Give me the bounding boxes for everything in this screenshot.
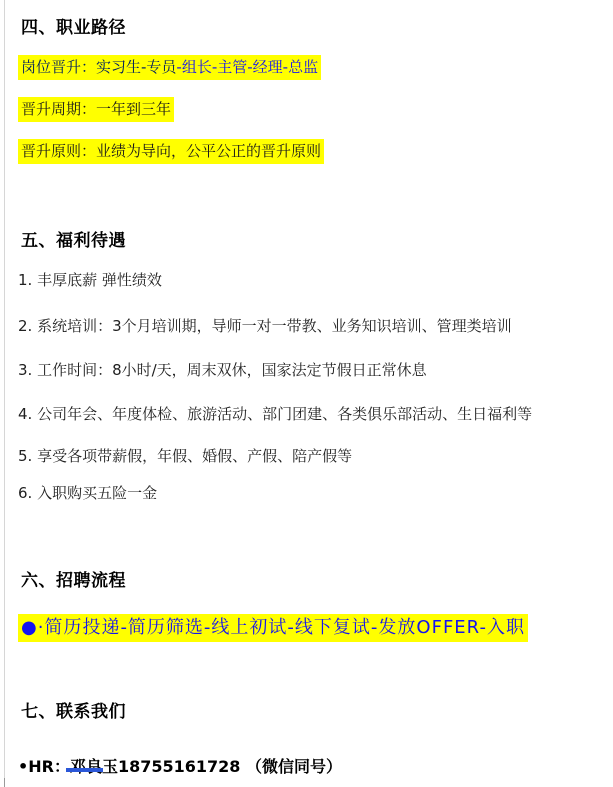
promotion-path-suffix: -组长-主管-经理-总监 (176, 58, 318, 76)
section-heading-benefits: 五、福利待遇 (21, 226, 126, 251)
promotion-cycle-line: 晋升周期：一年到三年 (18, 97, 174, 122)
hr-name-underline-mark (66, 768, 103, 772)
bullet-dot-icon: ● (21, 617, 38, 638)
benefit-item-1: 1. 丰厚底薪 弹性绩效 (18, 271, 162, 291)
benefit-item-4: 4. 公司年会、年度体检、旅游活动、部门团建、各类俱乐部活动、生日福利等 (18, 405, 532, 425)
promotion-path-prefix: 岗位晋升：实习生-专员 (21, 58, 176, 76)
promotion-principle-line: 晋升原则：业绩为导向，公平公正的晋升原则 (18, 139, 324, 164)
recruitment-process-line: ●·简历投递-简历筛选-线上初试-线下复试-发放OFFER-入职 (18, 614, 528, 642)
hr-contact-text: HR：邓良玉18755161728 （微信同号） (28, 757, 342, 776)
benefit-item-5: 5. 享受各项带薪假，年假、婚假、产假、陪产假等 (18, 447, 352, 467)
section-heading-career-path: 四、职业路径 (21, 13, 126, 38)
section-heading-recruitment: 六、招聘流程 (21, 566, 126, 591)
section-heading-contact: 七、联系我们 (21, 697, 126, 722)
benefit-item-6: 6. 入职购买五险一金 (18, 484, 157, 504)
page-left-border (4, 0, 5, 778)
promotion-path-line: 岗位晋升：实习生-专员-组长-主管-经理-总监 (18, 55, 321, 80)
benefit-item-3: 3. 工作时间：8小时/天，周末双休，国家法定节假日正常休息 (18, 361, 427, 381)
page-left-border-tip (4, 778, 5, 787)
recruitment-process-text: ·简历投递-简历筛选-线上初试-线下复试-发放OFFER-入职 (38, 617, 525, 638)
benefit-item-2: 2. 系统培训：3个月培训期，导师一对一带教、业务知识培训、管理类培训 (18, 317, 512, 337)
hr-contact-line: •HR：邓良玉18755161728 （微信同号） (18, 754, 342, 777)
bullet-icon: • (18, 757, 28, 776)
